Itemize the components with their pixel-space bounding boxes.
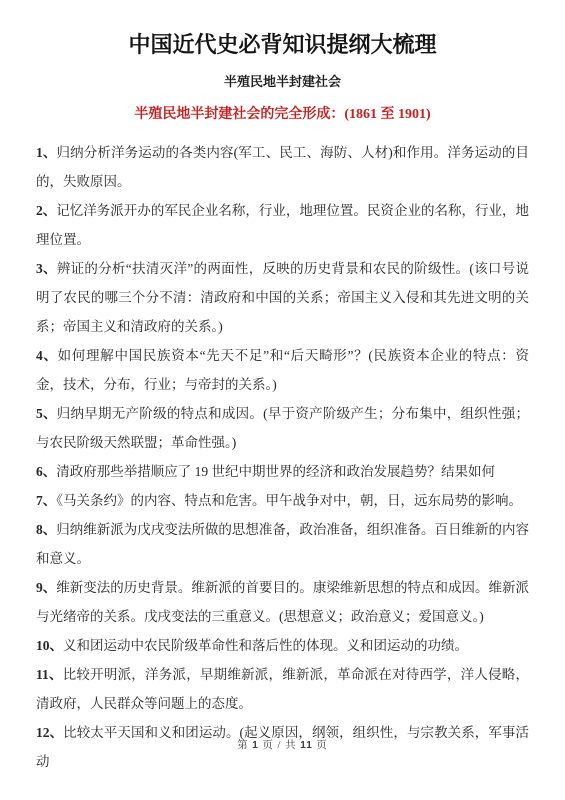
item-number: 6、 (36, 464, 56, 479)
list-item: 1、归纳分析洋务运动的各类内容(军工、民工、海防、人材)和作用。洋务运动的目的，… (36, 138, 529, 196)
doc-subtitle: 半殖民地半封建社会 (0, 71, 565, 90)
item-number: 4、 (36, 348, 58, 363)
item-number: 11、 (36, 667, 63, 682)
item-number: 5、 (36, 406, 57, 421)
footer-label: 页 / 共 (262, 740, 296, 751)
list-item: 8、归纳维新派为戊戌变法所做的思想准备，政治准备，组织准备。百日维新的内容和意义… (36, 515, 529, 573)
item-text: 如何理解中国民族资本“先天不足”和“后天畸形”？(民族资本企业的特点：资金，技术… (36, 348, 529, 392)
document-page: 中国近代史必背知识提纲大梳理 半殖民地半封建社会 半殖民地半封建社会的完全形成：… (0, 0, 565, 800)
list-item: 2、记忆洋务派开办的军民企业名称，行业，地理位置。民资企业的名称，行业，地理位置… (36, 196, 529, 254)
item-text: 归纳分析洋务运动的各类内容(军工、民工、海防、人材)和作用。洋务运动的目的，失败… (36, 145, 529, 189)
item-number: 10、 (36, 638, 63, 653)
total-page-number: 11 (300, 740, 313, 751)
item-number: 2、 (36, 203, 56, 218)
list-item: 7、《马关条约》的内容、特点和危害。甲午战争对中，朝，日，远东局势的影响。 (36, 486, 529, 515)
list-item: 3、辨证的分析“扶清灭洋”的两面性，反映的历史背景和农民的阶级性。(该口号说明了… (36, 254, 529, 341)
item-text: 比较开明派，洋务派，早期维新派，维新派，革命派在对待西学，洋人侵略，清政府，人民… (36, 667, 529, 711)
item-text: 《马关条约》的内容、特点和危害。甲午战争对中，朝，日，远东局势的影响。 (56, 493, 522, 508)
item-number: 8、 (36, 522, 56, 537)
section-heading: 半殖民地半封建社会的完全形成：(1861 至 1901) (0, 103, 565, 123)
list-item: 4、如何理解中国民族资本“先天不足”和“后天畸形”？(民族资本企业的特点：资金，… (36, 341, 529, 399)
item-text: 归纳维新派为戊戌变法所做的思想准备，政治准备，组织准备。百日维新的内容和意义。 (36, 522, 529, 566)
item-text: 维新变法的历史背景。维新派的首要目的。康梁维新思想的特点和成因。维新派与光绪帝的… (36, 580, 529, 624)
item-text: 义和团运动中农民阶级革命性和落后性的体现。义和团运动的功绩。 (63, 638, 468, 653)
item-text: 辨证的分析“扶清灭洋”的两面性，反映的历史背景和农民的阶级性。(该口号说明了农民… (36, 261, 529, 334)
item-number: 7、 (36, 493, 56, 508)
item-text: 记忆洋务派开办的军民企业名称，行业，地理位置。民资企业的名称，行业，地理位置。 (36, 203, 529, 247)
list-item: 11、比较开明派，洋务派，早期维新派，维新派，革命派在对待西学，洋人侵略，清政府… (36, 660, 529, 718)
footer-label: 第 (237, 740, 249, 751)
list-item: 5、归纳早期无产阶级的特点和成因。(早于资产阶级产生；分布集中，组织性强；与农民… (36, 399, 529, 457)
list-item: 10、义和团运动中农民阶级革命性和落后性的体现。义和团运动的功绩。 (36, 631, 529, 660)
outline-list: 1、归纳分析洋务运动的各类内容(军工、民工、海防、人材)和作用。洋务运动的目的，… (36, 138, 529, 776)
current-page-number: 1 (252, 740, 259, 751)
item-number: 1、 (36, 145, 57, 160)
page-title: 中国近代史必背知识提纲大梳理 (0, 0, 565, 60)
item-number: 3、 (36, 261, 57, 276)
item-text: 归纳早期无产阶级的特点和成因。(早于资产阶级产生；分布集中，组织性强；与农民阶级… (36, 406, 529, 450)
list-item: 6、清政府那些举措顺应了 19 世纪中期世界的经济和政治发展趋势？结果如何 (36, 457, 529, 486)
list-item: 9、维新变法的历史背景。维新派的首要目的。康梁维新思想的特点和成因。维新派与光绪… (36, 573, 529, 631)
item-text: 清政府那些举措顺应了 19 世纪中期世界的经济和政治发展趋势？结果如何 (56, 464, 495, 479)
page-footer: 第 1 页 / 共 11 页 (0, 737, 565, 752)
item-number: 9、 (36, 580, 56, 595)
footer-label: 页 (316, 740, 328, 751)
